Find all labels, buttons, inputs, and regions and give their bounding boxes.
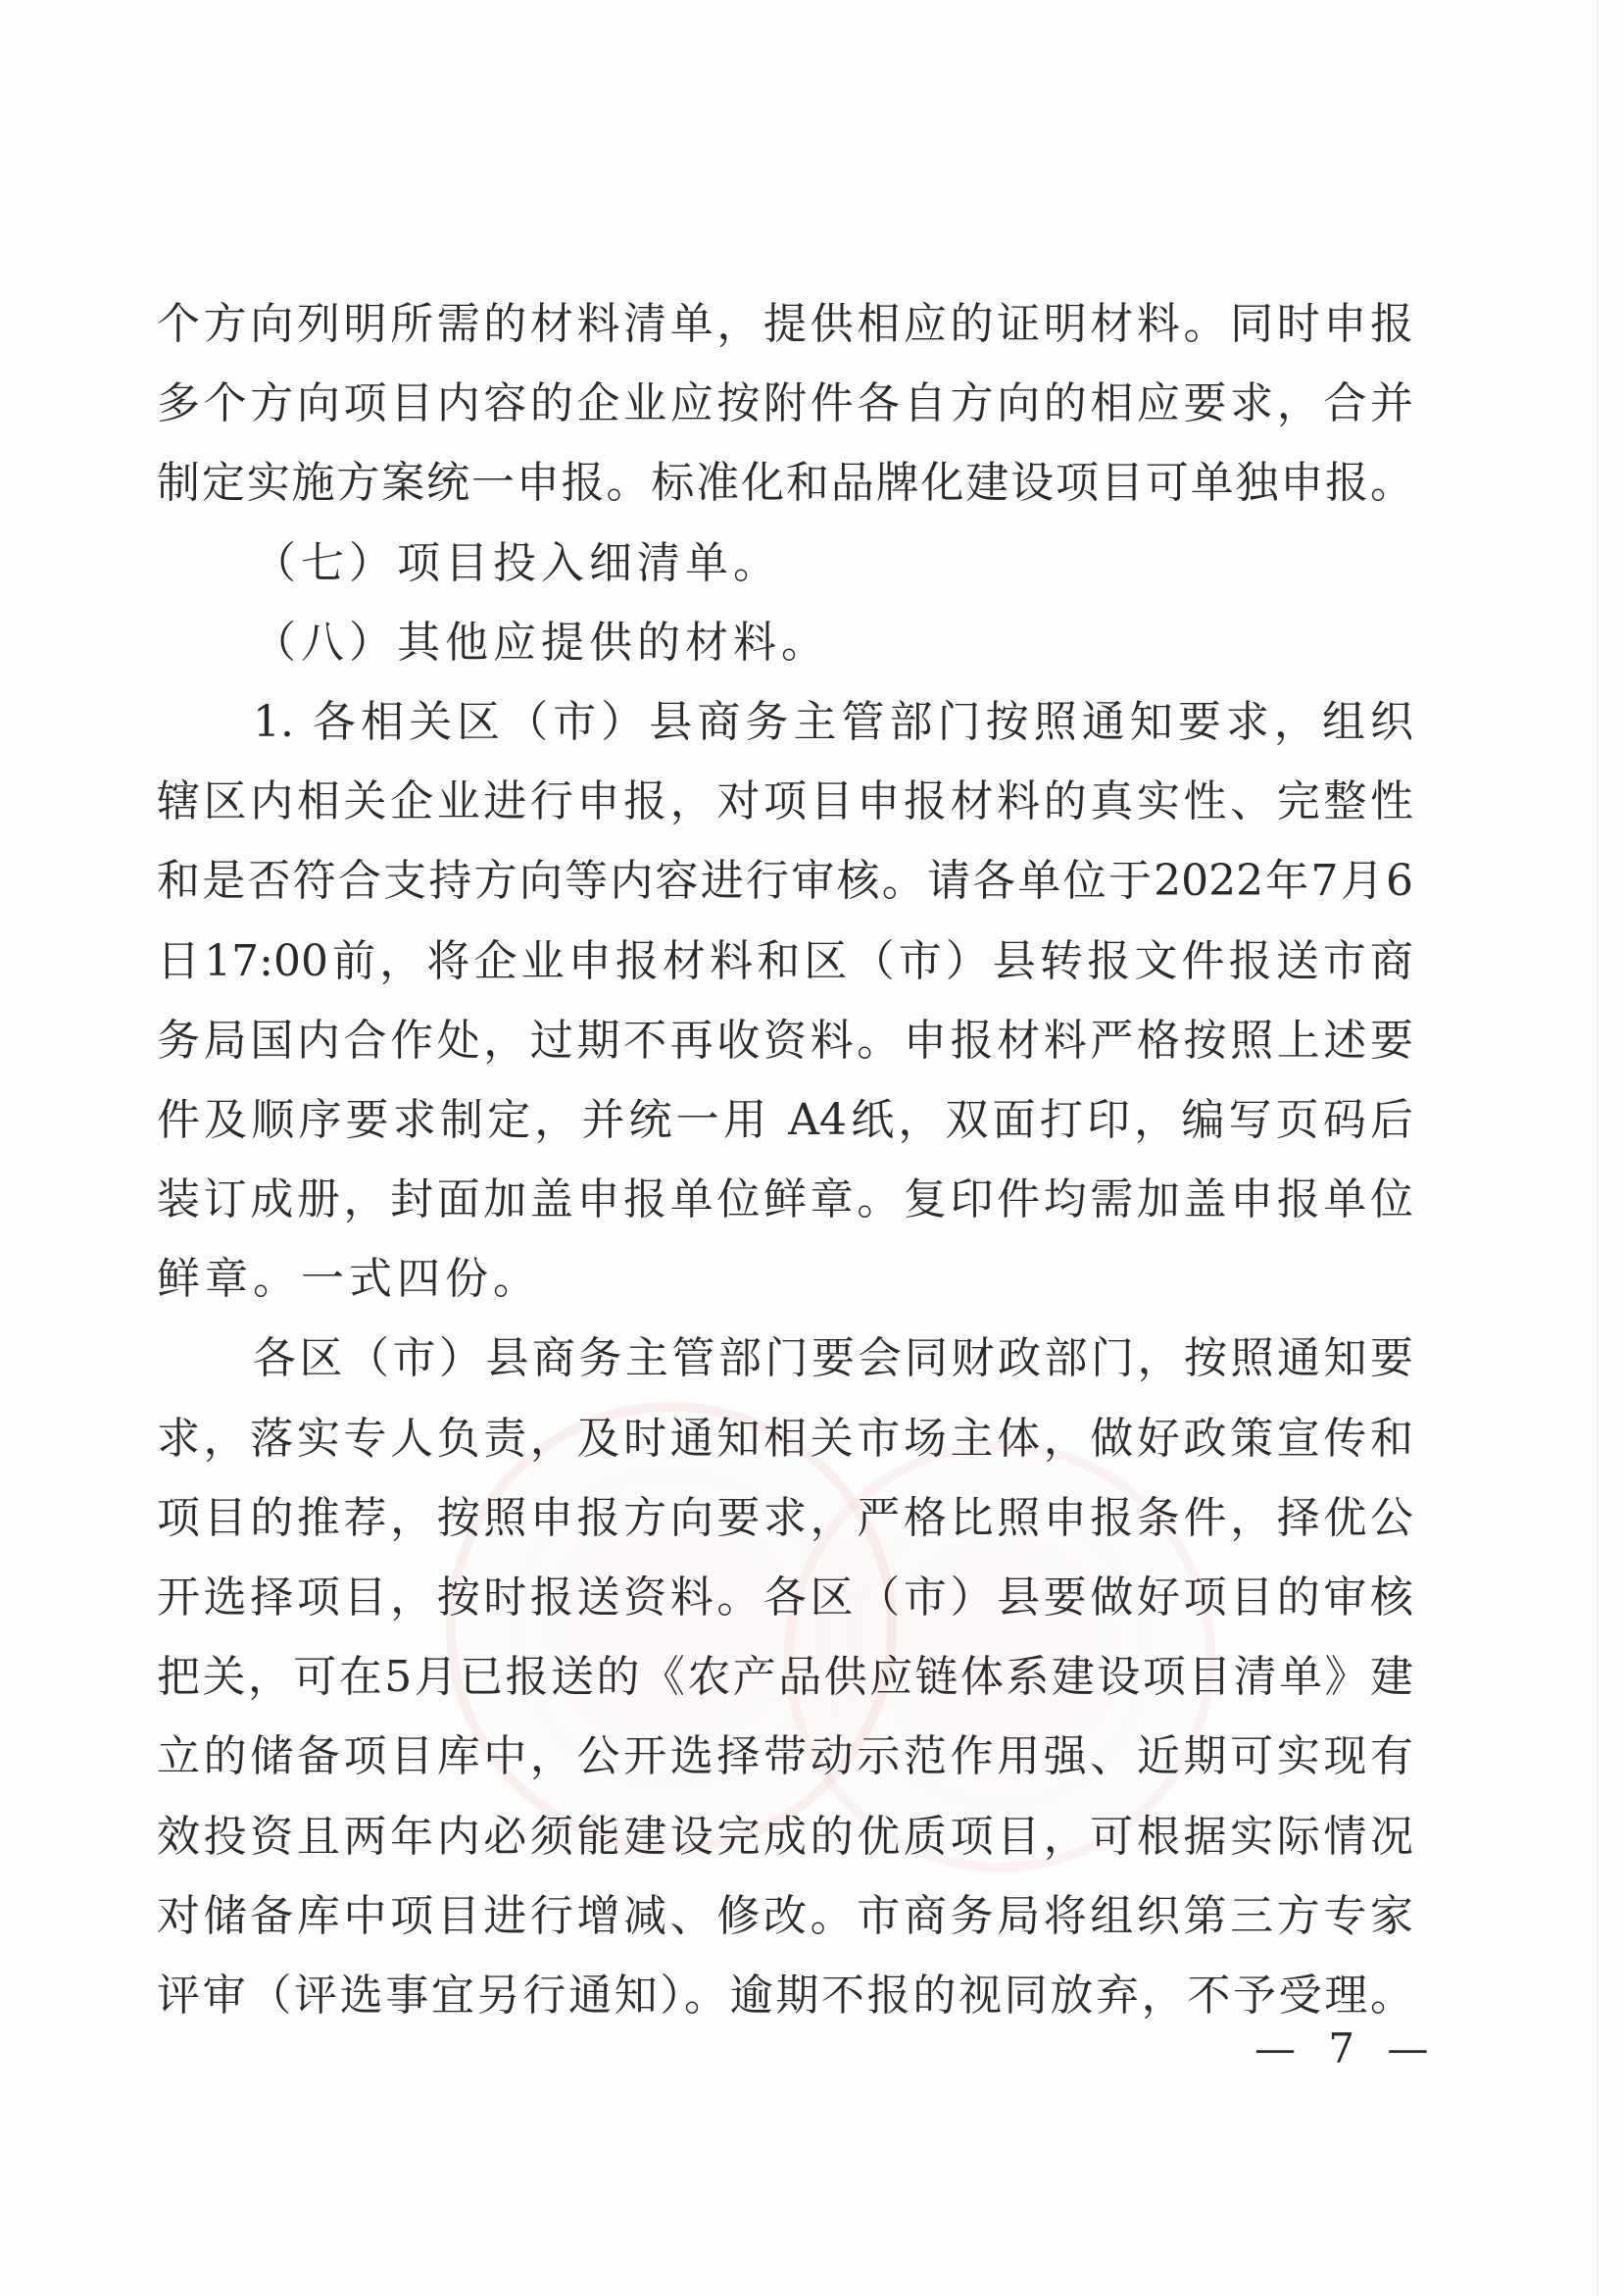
scan-edge-line (1597, 0, 1598, 2296)
text-line: 务局国内合作处，过期不再收资料。申报材料严格按照上述要 (157, 1001, 1413, 1080)
text-line: 项目的推荐，按照申报方向要求，严格比照申报条件，择优公 (157, 1478, 1413, 1558)
text-line: 评审（评选事宜另行通知）。逾期不报的视同放弃，不予受理。 (157, 1956, 1413, 2035)
text-line: 件及顺序要求制定，并统一用 A4纸，双面打印，编写页码后 (157, 1080, 1413, 1160)
text-line: 鲜章。一式四份。 (157, 1239, 1421, 1319)
text-line: 对储备库中项目进行增减、修改。市商务局将组织第三方专家 (157, 1876, 1413, 1956)
text-line: 日17:00前，将企业申报材料和区（市）县转报文件报送市商 (157, 922, 1413, 1001)
document-body: 个方向列明所需的材料清单，提供相应的证明材料。同时申报 多个方向项目内容的企业应… (157, 284, 1421, 2035)
text-line: 效投资且两年内必须能建设完成的优质项目，可根据实际情况 (157, 1797, 1413, 1876)
text-line: 装订成册，封面加盖申报单位鲜章。复印件均需加盖申报单位 (157, 1160, 1413, 1239)
section-heading-item-8: （八）其他应提供的材料。 (157, 603, 1421, 682)
text-line: 多个方向项目内容的企业应按附件各自方向的相应要求，合并 (157, 364, 1413, 443)
text-line: 个方向列明所需的材料清单，提供相应的证明材料。同时申报 (157, 284, 1413, 364)
text-line: 求，落实专人负责，及时通知相关市场主体，做好政策宣传和 (157, 1399, 1413, 1478)
section-heading-item-7: （七）项目投入细清单。 (157, 524, 1421, 603)
text-line: 和是否符合支持方向等内容进行审核。请各单位于2022年7月6 (157, 841, 1413, 921)
numbered-paragraph-1-start: 1. 各相关区（市）县商务主管部门按照通知要求，组织 (157, 682, 1413, 762)
document-page: 个方向列明所需的材料清单，提供相应的证明材料。同时申报 多个方向项目内容的企业应… (0, 0, 1623, 2296)
paragraph-start: 各区（市）县商务主管部门要会同财政部门，按照通知要 (157, 1319, 1413, 1398)
text-line: 制定实施方案统一申报。标准化和品牌化建设项目可单独申报。 (157, 443, 1413, 523)
text-line: 辖区内相关企业进行申报，对项目申报材料的真实性、完整性 (157, 762, 1413, 841)
text-line: 开选择项目，按时报送资料。各区（市）县要做好项目的审核 (157, 1558, 1413, 1637)
text-line: 把关，可在5月已报送的《农产品供应链体系建设项目清单》建 (157, 1637, 1413, 1717)
text-line: 立的储备项目库中，公开选择带动示范作用强、近期可实现有 (157, 1717, 1413, 1796)
page-number: — 7 — (1254, 2021, 1438, 2076)
